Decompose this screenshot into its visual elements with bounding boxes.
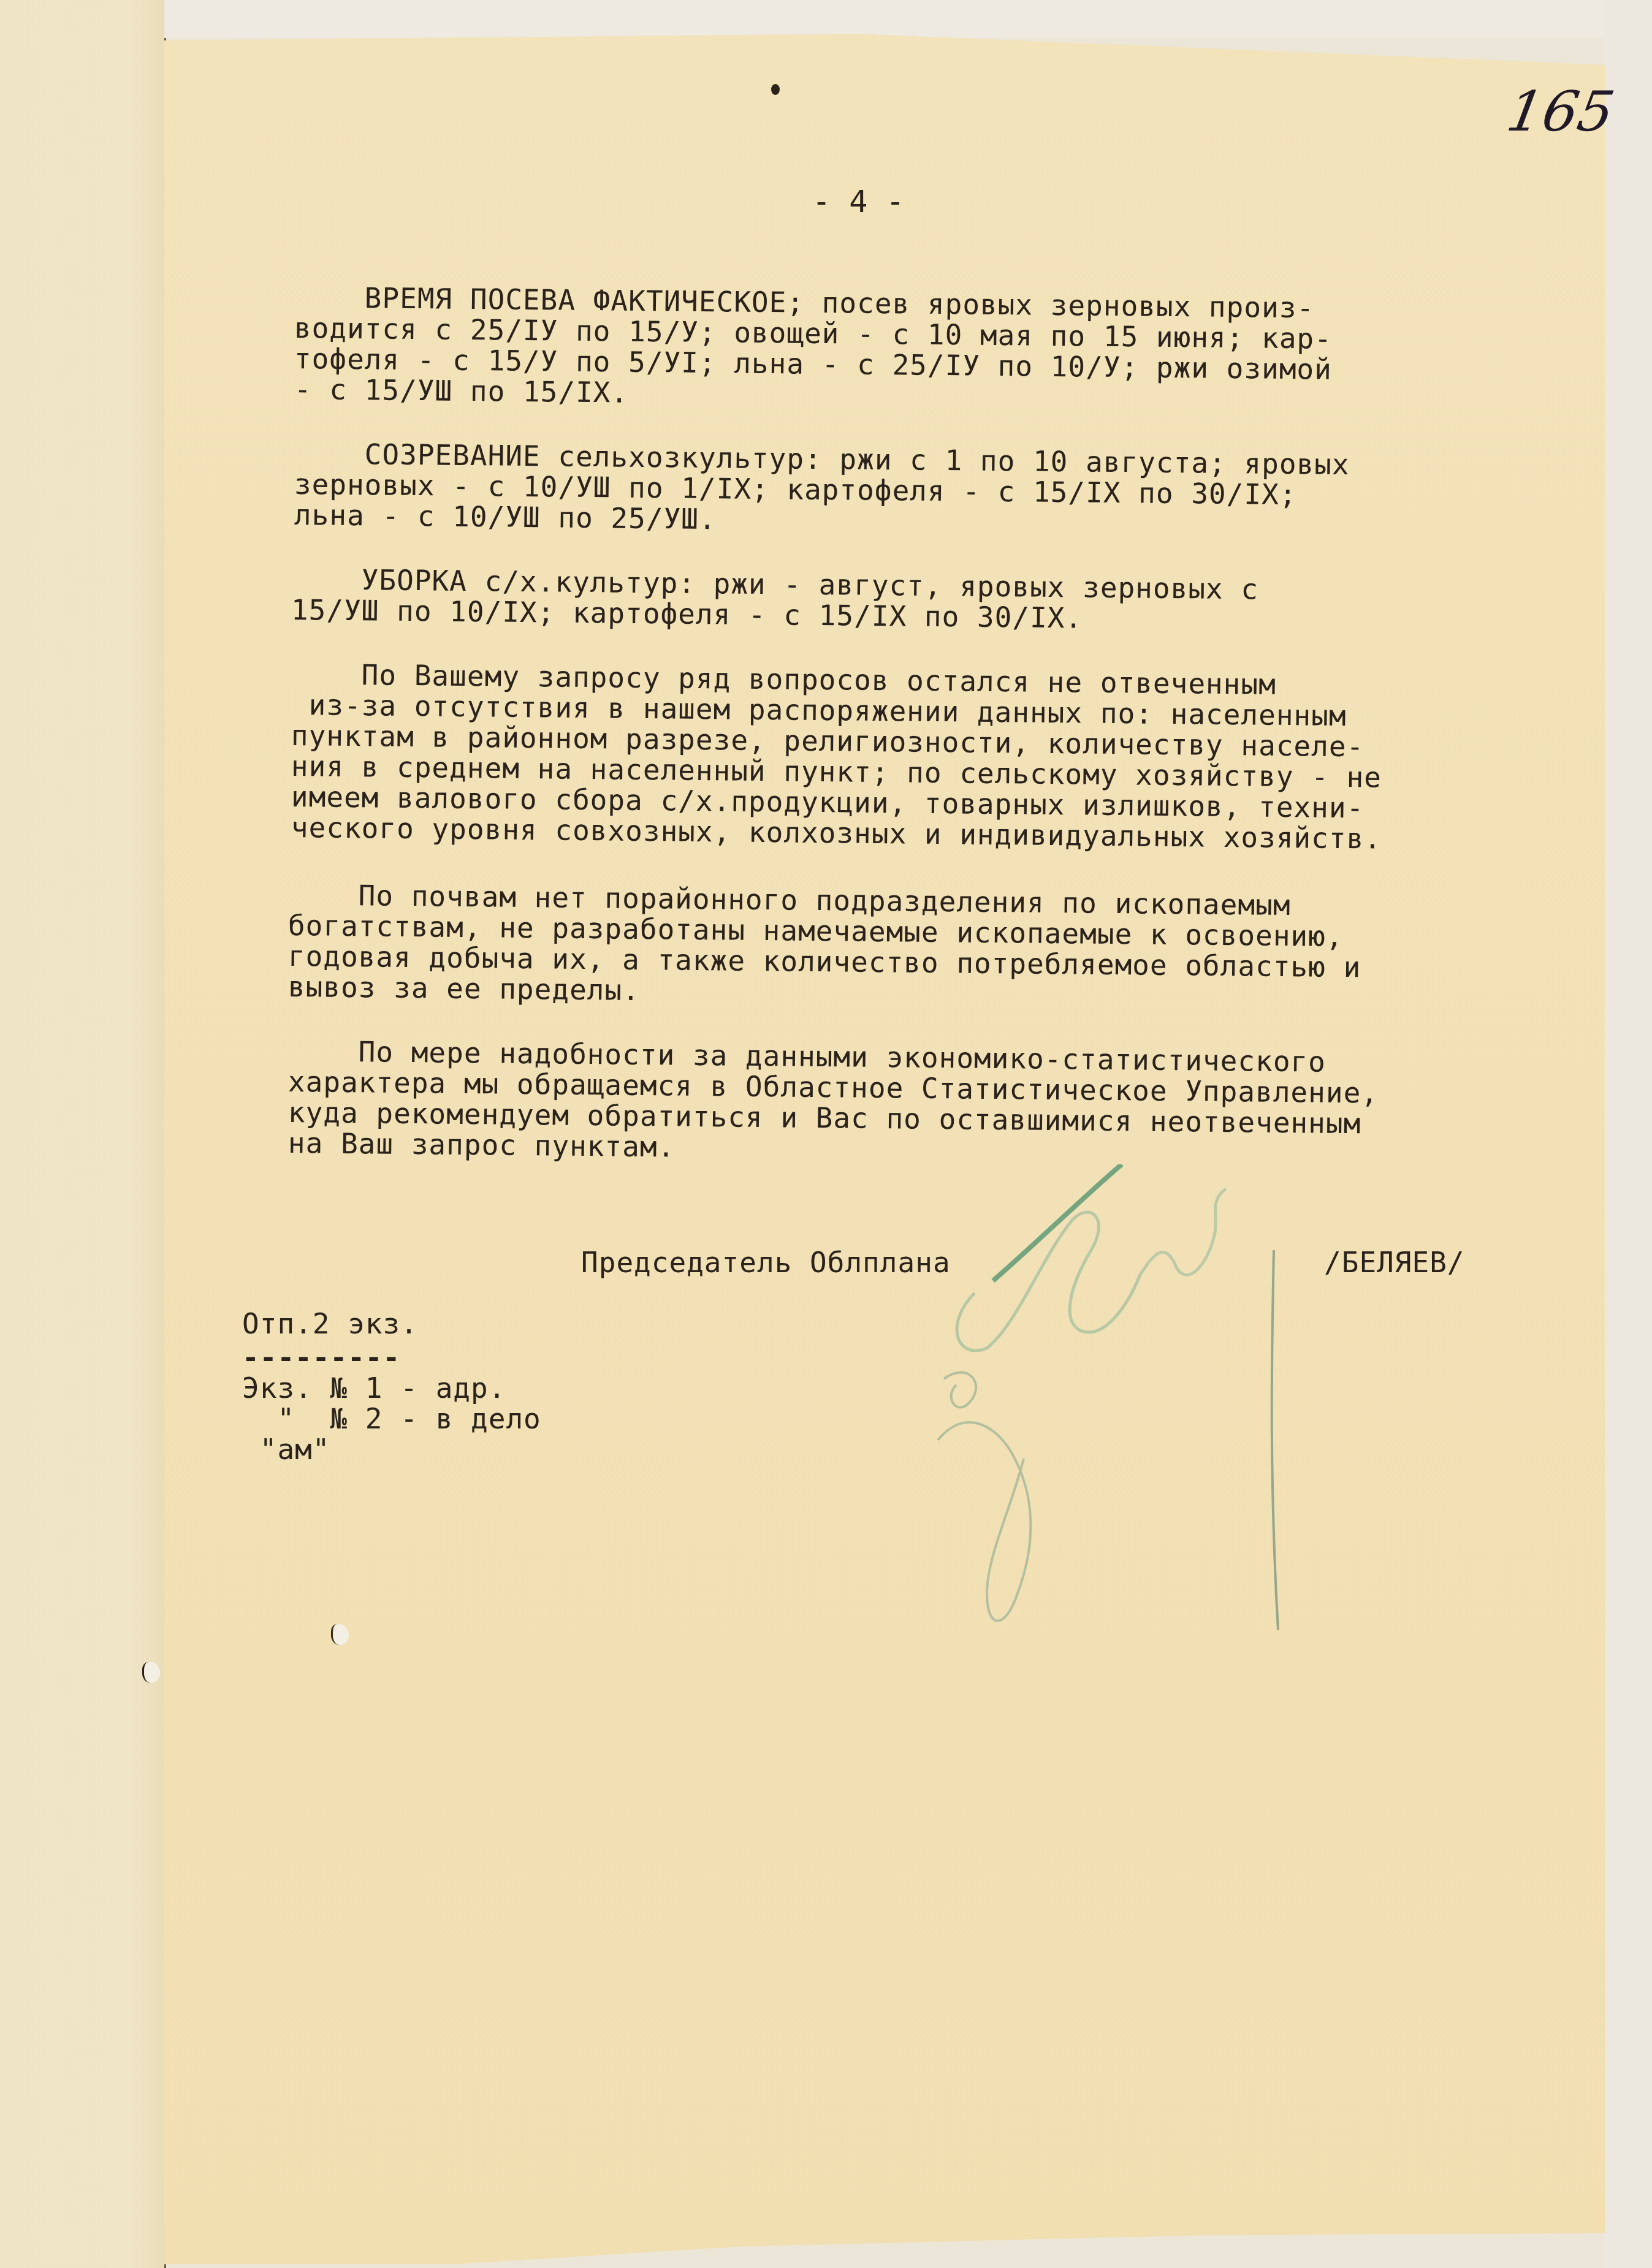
- scan-backdrop-right: [1604, 0, 1652, 2268]
- separator-line: ---------: [242, 1342, 400, 1373]
- text-line: вывоз за ее пределы.: [288, 971, 640, 1006]
- text-line: на Ваш запрос пунктам.: [288, 1128, 676, 1162]
- adjacent-left-page: [0, 0, 166, 2268]
- punch-dot-mark: [771, 84, 780, 95]
- text-line: - с 15/УШ по 15/IХ.: [294, 374, 629, 408]
- binding-hole-left-page: [142, 1662, 160, 1683]
- folio-number: 165: [1502, 80, 1619, 144]
- handwritten-signature: [919, 1164, 1318, 1655]
- signatory-name: /БЕЛЯЕВ/: [1324, 1247, 1465, 1278]
- copy-1-line: Экз. № 1 - адр.: [242, 1373, 506, 1403]
- copy-2-line: " № 2 - в дело: [242, 1403, 541, 1434]
- scan-backdrop-top: [164, 0, 1652, 38]
- copies-count: Отп.2 экз.: [242, 1308, 418, 1339]
- text-line: льна - с 10/УШ по 25/УШ.: [294, 499, 717, 534]
- signatory-title: Председатель Облплана: [581, 1247, 951, 1278]
- page-number: - 4 -: [812, 184, 905, 219]
- text-line: 15/УШ по 10/IХ; картофеля - с 15/IХ по 3…: [291, 594, 1083, 634]
- binding-hole: [331, 1624, 349, 1645]
- typist-initials: "ам": [242, 1434, 330, 1465]
